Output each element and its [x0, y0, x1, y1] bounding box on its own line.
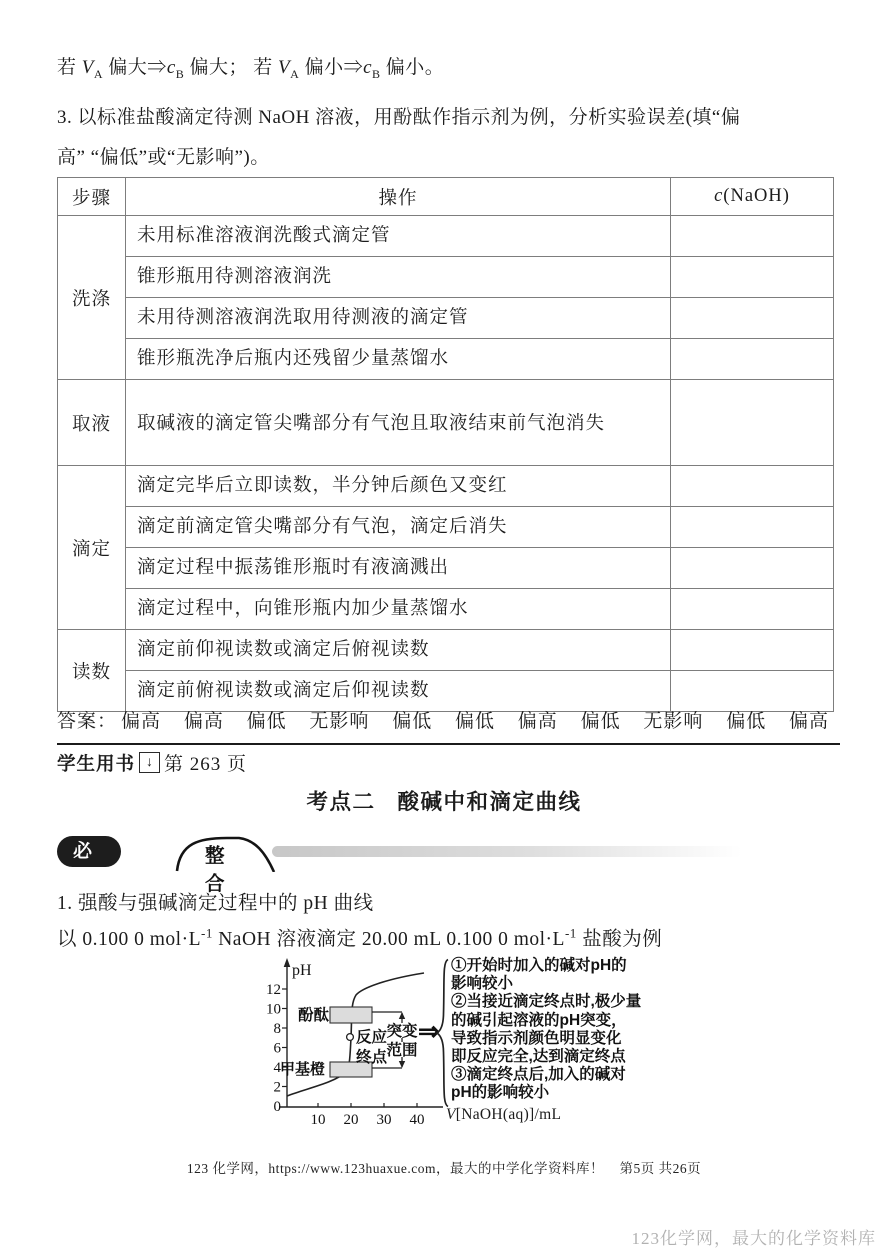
- error-analysis-table: 步骤 操作 c(NaOH) 洗涤 未用标准溶液润洗酸式滴定管 锥形瓶用待测溶液润…: [57, 177, 834, 712]
- x-axis-label-rest: [NaOH(aq)]/mL: [456, 1106, 561, 1123]
- y-axis-label: pH: [292, 962, 312, 979]
- heading-tag: 考点二: [306, 790, 375, 814]
- x-axis-label-v: V: [446, 1106, 456, 1123]
- down-arrow-icon: ↓: [139, 752, 160, 773]
- table-row: 锥形瓶洗净后瓶内还残留少量蒸馏水: [58, 339, 834, 380]
- var-V-sub: A: [290, 67, 299, 81]
- student-book-label: 学生用书: [57, 750, 135, 776]
- y-tick-label: 2: [274, 1080, 282, 1096]
- header-c-rest: (NaOH): [723, 186, 790, 206]
- op-cell: 滴定前仰视读数或滴定后俯视读数: [126, 630, 671, 671]
- intro-line: 若 VA 偏大⇒cB 偏大； 若 VA 偏小⇒cB 偏小。: [57, 52, 444, 82]
- step-cell-titrate: 滴定: [58, 466, 126, 630]
- table-row: 锥形瓶用待测溶液润洗: [58, 257, 834, 298]
- table-row: 读数 滴定前仰视读数或滴定后俯视读数: [58, 630, 834, 671]
- annotation-line: 即反应完全,达到滴定终点: [451, 1048, 681, 1066]
- annotation-line: 导致指示剂颜色明显变化: [451, 1030, 681, 1048]
- answer-blank-cell: [671, 466, 834, 507]
- intro-text: 若: [57, 57, 82, 78]
- x-axis-label: V[NaOH(aq)]/mL: [446, 1106, 561, 1124]
- divider-rule: [57, 743, 840, 745]
- var-c: c: [167, 57, 176, 78]
- table-row: 洗涤 未用标准溶液润洗酸式滴定管: [58, 216, 834, 257]
- annotation-line: pH的影响较小: [451, 1084, 681, 1102]
- document-page: 若 VA 偏大⇒cB 偏大； 若 VA 偏小⇒cB 偏小。 3. 以标准盐酸滴定…: [0, 0, 888, 1255]
- badge-left-pill: 必备知识: [57, 836, 121, 867]
- student-book-ref: 学生用书 ↓ 第 263 页: [57, 749, 247, 776]
- op-cell: 未用待测溶液润洗取用待测液的滴定管: [126, 298, 671, 339]
- example-text: 以 0.100 0 mol·L: [57, 929, 201, 950]
- step-cell-wash: 洗涤: [58, 216, 126, 380]
- footer-page-number: 第5页 共26页: [620, 1161, 702, 1176]
- y-tick-label: 8: [274, 1021, 282, 1037]
- answers-line: 答案： 偏高 偏高 偏低 无影响 偏低 偏低 偏高 偏低 无影响 偏低 偏高: [57, 706, 835, 733]
- page-footer: 123 化学网，https://www.123huaxue.com，最大的中学化…: [0, 1157, 888, 1177]
- answer-blank-cell: [671, 339, 834, 380]
- example-text: NaOH 溶液滴定 20.00 mL 0.100 0 mol·L: [213, 929, 565, 950]
- header-operation: 操作: [126, 178, 671, 216]
- heading-title: 酸碱中和滴定曲线: [398, 790, 582, 814]
- arrow-up-icon: [399, 1012, 405, 1019]
- subsection-title: 1. 强酸与强碱滴定过程中的 pH 曲线: [57, 887, 374, 915]
- intro-text: 偏大⇒: [103, 57, 167, 78]
- jump-range-label-line1: 突变: [386, 1021, 418, 1040]
- answer-value: 偏低: [726, 706, 766, 733]
- op-cell: 锥形瓶洗净后瓶内还残留少量蒸馏水: [126, 339, 671, 380]
- answer-value: 偏高: [518, 706, 558, 733]
- endpoint-label-line1: 反应: [356, 1027, 388, 1046]
- answer-value: 偏高: [121, 706, 161, 733]
- table-header-row: 步骤 操作 c(NaOH): [58, 178, 834, 216]
- answer-value: 偏高: [184, 706, 224, 733]
- ph-curve-plot: 12 10 8 6 4 2 0 pH 10 20 30 40 酚酞 甲基橙: [250, 956, 450, 1138]
- intro-text: 偏小⇒: [299, 57, 363, 78]
- annotation-line: 的碱引起溶液的pH突变，: [451, 1012, 681, 1030]
- x-tick-label: 40: [410, 1112, 425, 1128]
- annotation-line: ①开始时加入的碱对pH的: [451, 957, 681, 975]
- phenolphthalein-range-box: [330, 1007, 372, 1023]
- y-tick-label: 0: [274, 1099, 282, 1115]
- answers-label: 答案：: [57, 706, 117, 733]
- op-cell: 滴定完毕后立即读数，半分钟后颜色又变红: [126, 466, 671, 507]
- answer-blank-cell: [671, 298, 834, 339]
- arrow-down-icon: [399, 1061, 405, 1068]
- table-row: 滴定过程中，向锥形瓶内加少量蒸馏水: [58, 589, 834, 630]
- x-tick-label: 20: [344, 1112, 359, 1128]
- op-cell: 滴定过程中振荡锥形瓶时有液滴溅出: [126, 548, 671, 589]
- answer-blank-cell: [671, 548, 834, 589]
- item3-line2: 高” “偏低”或“无影响”)。: [57, 138, 837, 178]
- step-cell-sample: 取液: [58, 380, 126, 466]
- var-c-sub: B: [176, 67, 185, 81]
- annotation-line: ②当接近滴定终点时,极少量: [451, 993, 681, 1011]
- page-ref: 第 263 页: [164, 749, 247, 776]
- op-cell: 锥形瓶用待测溶液润洗: [126, 257, 671, 298]
- answer-value: 偏低: [392, 706, 432, 733]
- table-row: 未用待测溶液润洗取用待测液的滴定管: [58, 298, 834, 339]
- x-tick-label: 10: [311, 1112, 326, 1128]
- watermark: 123化学网，最大的化学资料库: [632, 1224, 877, 1249]
- op-cell: 滴定前滴定管尖嘴部分有气泡，滴定后消失: [126, 507, 671, 548]
- header-c-italic: c: [714, 186, 723, 206]
- table-row: 滴定前滴定管尖嘴部分有气泡，滴定后消失: [58, 507, 834, 548]
- var-V-sub: A: [94, 67, 103, 81]
- phenolphthalein-label: 酚酞: [298, 1005, 330, 1024]
- footer-site-info: 123 化学网，https://www.123huaxue.com，最大的中学化…: [187, 1161, 604, 1176]
- op-cell: 滴定过程中，向锥形瓶内加少量蒸馏水: [126, 589, 671, 630]
- footer-spacer: [608, 1161, 616, 1176]
- methyl-orange-label: 甲基橙: [280, 1060, 325, 1078]
- answer-value: 偏低: [581, 706, 621, 733]
- var-c: c: [363, 57, 372, 78]
- badge-tab-shape: [173, 834, 285, 872]
- x-tick-label: 30: [377, 1112, 392, 1128]
- answer-value: 偏高: [789, 706, 829, 733]
- header-cnaoh: c(NaOH): [671, 178, 834, 216]
- badge-decor-strip: [272, 846, 742, 857]
- example-text: 盐酸为例: [577, 929, 662, 950]
- annotation-line: 影响较小: [451, 975, 681, 993]
- answer-value: 偏低: [455, 706, 495, 733]
- endpoint-marker: [347, 1034, 354, 1041]
- answers-values: 偏高 偏高 偏低 无影响 偏低 偏低 偏高 偏低 无影响 偏低 偏高: [117, 706, 835, 733]
- answer-blank-cell: [671, 216, 834, 257]
- item3-line1: 3. 以标准盐酸滴定待测 NaOH 溶液，用酚酞作指示剂为例，分析实验误差(填“…: [57, 98, 837, 138]
- header-step: 步骤: [58, 178, 126, 216]
- table-row: 滴定 滴定完毕后立即读数，半分钟后颜色又变红: [58, 466, 834, 507]
- titration-curve-figure: 12 10 8 6 4 2 0 pH 10 20 30 40 酚酞 甲基橙: [250, 956, 720, 1144]
- op-cell: 取碱液的滴定管尖嘴部分有气泡且取液结束前气泡消失: [126, 380, 671, 466]
- item3-paragraph: 3. 以标准盐酸滴定待测 NaOH 溶液，用酚酞作指示剂为例，分析实验误差(填“…: [57, 98, 837, 178]
- answer-value: 偏低: [247, 706, 287, 733]
- answer-value: 无影响: [643, 706, 703, 733]
- superscript: -1: [201, 926, 213, 941]
- answer-blank-cell: [671, 630, 834, 671]
- intro-text: 偏大； 若: [184, 57, 278, 78]
- brace-icon: [436, 958, 449, 1108]
- answer-blank-cell: [671, 507, 834, 548]
- y-tick-label: 6: [274, 1041, 282, 1057]
- step-cell-read: 读数: [58, 630, 126, 712]
- superscript: -1: [565, 926, 577, 941]
- answer-value: 无影响: [309, 706, 369, 733]
- table-row: 取液 取碱液的滴定管尖嘴部分有气泡且取液结束前气泡消失: [58, 380, 834, 466]
- annotation-line: ③滴定终点后,加入的碱对: [451, 1066, 681, 1084]
- intro-text: 偏小。: [381, 57, 445, 78]
- y-tick-label: 12: [266, 982, 281, 998]
- var-V: V: [278, 57, 290, 78]
- section-heading: 考点二酸碱中和滴定曲线: [0, 785, 888, 816]
- table-row: 滴定过程中振荡锥形瓶时有液滴溅出: [58, 548, 834, 589]
- y-tick-label: 10: [266, 1002, 281, 1018]
- var-c-sub: B: [372, 67, 381, 81]
- y-axis-arrowhead-icon: [284, 958, 291, 967]
- curve-annotation: ①开始时加入的碱对pH的 影响较小 ②当接近滴定终点时,极少量 的碱引起溶液的p…: [451, 957, 681, 1103]
- jump-range-label-line2: 范围: [386, 1040, 417, 1059]
- answer-blank-cell: [671, 257, 834, 298]
- example-line: 以 0.100 0 mol·L-1 NaOH 溶液滴定 20.00 mL 0.1…: [57, 923, 662, 951]
- answer-blank-cell: [671, 380, 834, 466]
- answer-blank-cell: [671, 589, 834, 630]
- endpoint-label-line2: 终点: [356, 1047, 388, 1066]
- op-cell: 未用标准溶液润洗酸式滴定管: [126, 216, 671, 257]
- var-V: V: [82, 57, 94, 78]
